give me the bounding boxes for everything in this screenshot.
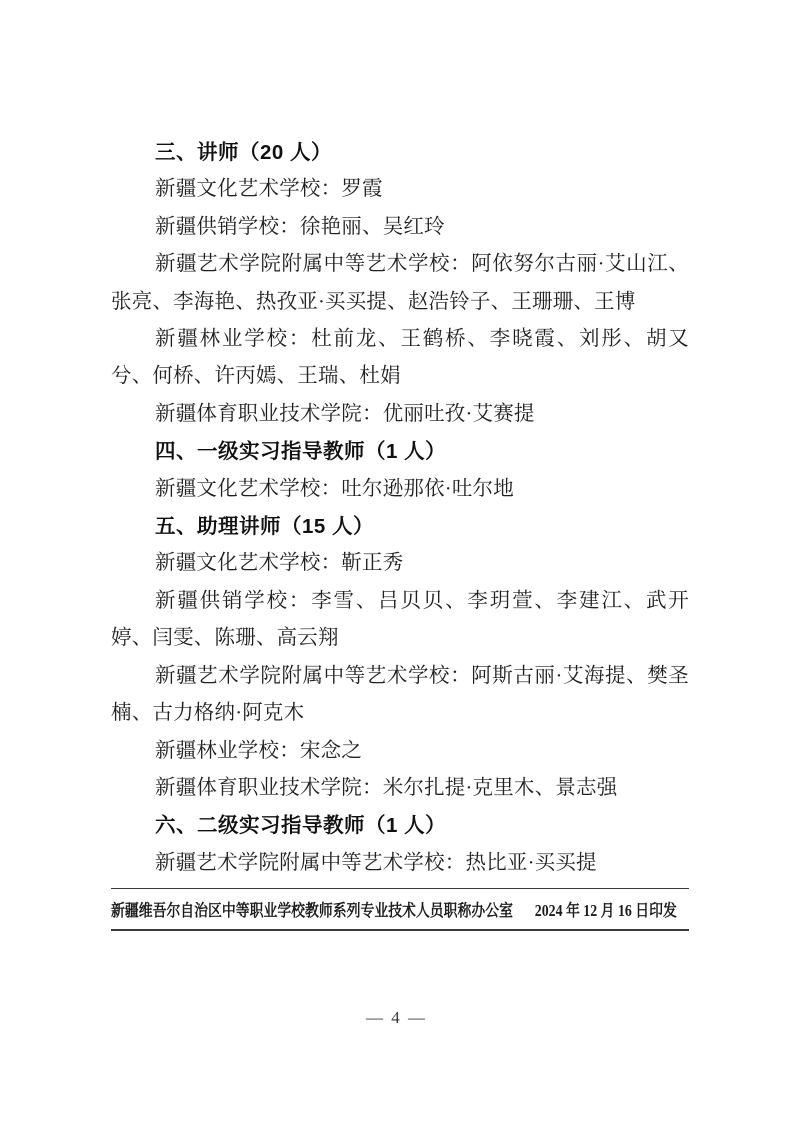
paragraph-school-list: 新疆艺术学院附属中等艺术学校：阿依努尔古丽·艾山江、张亮、李海艳、热孜亚·买买提… — [111, 246, 689, 321]
document-page: 三、讲师（20 人） 新疆文化艺术学校：罗霞 新疆供销学校：徐艳丽、吴红玲 新疆… — [0, 0, 793, 1121]
paragraph-school-list: 新疆文化艺术学校：罗霞 — [111, 171, 689, 208]
paragraph-school-list: 新疆艺术学院附属中等艺术学校：阿斯古丽·艾海提、樊圣楠、古力格纳·阿克木 — [111, 658, 689, 733]
footer-issuing-office: 新疆维吾尔自治区中等职业学校教师系列专业技术人员职称办公室 — [111, 897, 513, 921]
section-heading-grade2-instructor: 六、二级实习指导教师（1 人） — [111, 807, 689, 844]
paragraph-school-list: 新疆供销学校：李雪、吕贝贝、李玥萱、李建江、武开婷、闫雯、陈珊、高云翔 — [111, 583, 689, 658]
document-footer: 新疆维吾尔自治区中等职业学校教师系列专业技术人员职称办公室 2024 年 12 … — [111, 888, 689, 931]
paragraph-school-list: 新疆体育职业技术学院：优丽吐孜·艾赛提 — [111, 396, 689, 433]
section-heading-grade1-instructor: 四、一级实习指导教师（1 人） — [111, 433, 689, 470]
footer-line: 新疆维吾尔自治区中等职业学校教师系列专业技术人员职称办公室 2024 年 12 … — [111, 897, 677, 921]
paragraph-school-list: 新疆艺术学院附属中等艺术学校：热比亚·买买提 — [111, 845, 689, 882]
page-number: — 4 — — [0, 1008, 793, 1028]
section-heading-assistant-lecturer: 五、助理讲师（15 人） — [111, 508, 689, 545]
paragraph-school-list: 新疆林业学校：杜前龙、王鹤桥、李晓霞、刘彤、胡又兮、何桥、许丙嫣、王瑞、杜娟 — [111, 321, 689, 396]
paragraph-school-list: 新疆文化艺术学校：吐尔逊那依·吐尔地 — [111, 471, 689, 508]
document-body: 三、讲师（20 人） 新疆文化艺术学校：罗霞 新疆供销学校：徐艳丽、吴红玲 新疆… — [111, 134, 689, 882]
paragraph-school-list: 新疆体育职业技术学院：米尔扎提·克里木、景志强 — [111, 770, 689, 807]
paragraph-school-list: 新疆供销学校：徐艳丽、吴红玲 — [111, 209, 689, 246]
footer-print-date: 2024 年 12 月 16 日印发 — [535, 897, 677, 921]
paragraph-school-list: 新疆林业学校：宋念之 — [111, 733, 689, 770]
section-heading-lecturer: 三、讲师（20 人） — [111, 134, 689, 171]
paragraph-school-list: 新疆文化艺术学校：靳正秀 — [111, 545, 689, 582]
